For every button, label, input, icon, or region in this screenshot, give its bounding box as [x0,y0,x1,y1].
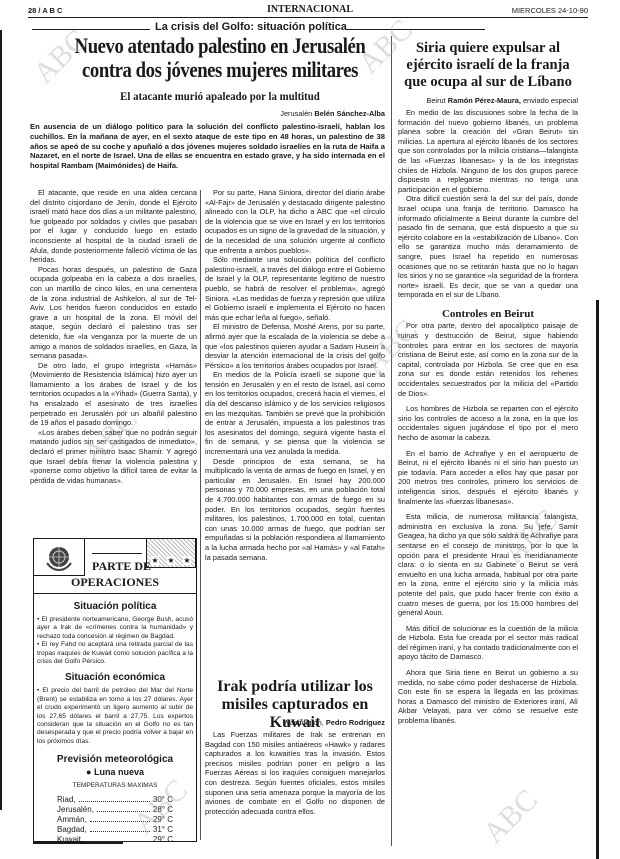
section-heading: Situación política [37,601,193,612]
paragraph: Por su parte, Hana Siniora, director del… [205,188,385,255]
main-subhead: El atacante murió apaleado por la multit… [49,88,391,104]
paragraph: En medios de la Policía israelí se supon… [205,370,385,456]
scan-edge [0,30,2,810]
subsection-heading: Controles en Beirut [398,310,578,320]
paragraph: En el barrio de Achrafiye y en el aeropu… [398,449,578,507]
siria-headline: Siria quiere expulsar al ejército israel… [398,40,578,91]
paragraph: De otro lado, el grupo integrista «Hamás… [30,361,197,428]
byline-role: enviado especial [523,96,578,105]
scan-edge [596,300,599,859]
paragraph: Por otra parte, dentro del apocalíptico … [398,321,578,398]
temperature-row: Jerusalén,28° C [57,805,173,815]
byline-place: Washington, [283,718,324,727]
bullet-item: • El rey Fahd no aceptará una retirada p… [37,641,193,666]
main-column-1: El atacante, que reside en una aldea cer… [30,188,197,485]
flag-emblem: ★ ★ ★ [146,538,196,568]
byline-place: Jerusalén [280,109,312,118]
column-divider [391,36,392,846]
header-rule [28,17,588,18]
un-globe-icon [44,543,74,571]
operations-box: ★ ★ ★ PARTE DE OPERACIONES Situación pol… [33,538,197,842]
byline-author: Belén Sánchez-Alba [314,109,385,118]
box-content: Situación política • El presidente norte… [37,595,193,845]
weather-heading: Previsión meteorológica [37,754,193,765]
paragraph: Ahora que Siria tiene en Beirut un gobie… [398,668,578,726]
kicker-rule-right [345,29,485,30]
temperatures-heading: TEMPERATURAS MAXIMAS [37,782,193,789]
byline-place: Beirut [426,96,445,105]
issue-date: MIERCOLES 24-10-90 [512,6,588,15]
star-icon: ★ [167,556,174,565]
moon-phase: ● Luna nueva [37,767,193,777]
kicker-rule-left [32,29,150,30]
paragraph: El atacante, que reside en una aldea cer… [30,188,197,265]
paragraph: «Los árabes deben saber que no podrán se… [30,428,197,486]
paragraph: En medio de las discusiones sobre la fec… [398,108,578,194]
temperature-row: Bagdad,31° C [57,825,173,835]
irak-body: Las Fuerzas militares de Irak se entrena… [205,730,385,816]
paragraph: Desde principios de esta semana, se ha m… [205,457,385,563]
watermark: ABC [477,783,545,851]
column-divider [200,190,201,840]
star-icon: ★ [183,556,190,565]
paragraph: Pocas horas después, un palestino de Gaz… [30,265,197,361]
kicker: La crisis del Golfo: situación política [155,21,347,33]
box-rule [34,593,196,594]
paragraph: Esta milicia, de numerosa militancia fal… [398,512,578,618]
siria-byline: Beirut Ramón Pérez-Maura, enviado especi… [398,96,578,105]
box-title-line1: PARTE DE [92,559,151,574]
main-headline: Nuevo atentado palestino en Jerusalén co… [59,34,382,82]
paragraph: Las Fuerzas militares de Irak se entrena… [205,730,385,816]
temperature-row: Riad,30° C [57,795,173,805]
paragraph: Los hombres de Hizbola se reparten con e… [398,404,578,442]
box-rule [92,553,142,554]
box-bottom-rule [33,842,123,844]
bullet-item: • El precio del barril de petróleo del M… [37,687,193,746]
star-icon: ★ [151,556,158,565]
irak-byline: Washington, Pedro Rodríguez [205,718,385,727]
byline-author: Pedro Rodríguez [326,718,385,727]
un-emblem [34,539,85,576]
temperature-list: Riad,30° C Jerusalén,28° C Ammán,29° C B… [37,795,193,845]
paragraph: Sólo mediante una solución política del … [205,255,385,322]
temperature-row: Ammán,29° C [57,815,173,825]
paragraph: Más difícil de solucionar es la cuestión… [398,624,578,662]
bullet-item: • El presidente norteamericano, George B… [37,616,193,641]
siria-body: En medio de las discusiones sobre la fec… [398,108,578,726]
paragraph: El ministro de Defensa, Moshé Arens, por… [205,322,385,370]
main-column-2: Por su parte, Hana Siniora, director del… [205,188,385,562]
main-byline: Jerusalén Belén Sánchez-Alba [30,109,385,118]
paragraph: Otra dificil cuestión será la del sur de… [398,194,578,300]
section-heading: Situación económica [37,672,193,683]
main-lead: En ausencia de un diálogo político para … [30,122,385,171]
box-title-line2: OPERACIONES [34,575,196,590]
byline-author: Ramón Pérez-Maura, [448,96,521,105]
